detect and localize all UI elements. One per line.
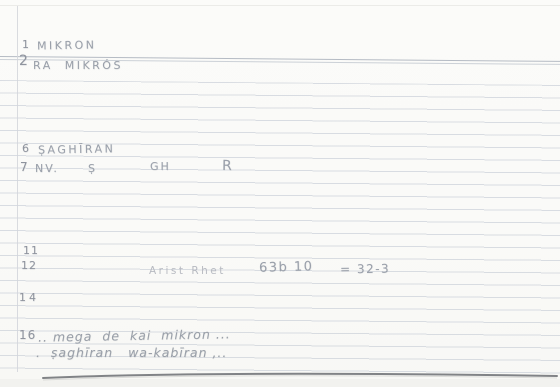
line-7-entry-sad: Ṣ bbox=[88, 163, 97, 174]
line-2-text: RA MIKRÓS bbox=[33, 60, 123, 71]
line-6-number: 6 bbox=[22, 143, 30, 154]
line-16-arabic-quote: . ṣaghīran wa-kabīran ,.. bbox=[36, 347, 227, 360]
line-12-bekker-reference: 63b 10 bbox=[259, 260, 314, 274]
line-7-number: 7 bbox=[20, 161, 29, 173]
line-16-number: 16 bbox=[19, 329, 36, 341]
line-2-number: 2 bbox=[19, 54, 29, 68]
card-top-edge bbox=[0, 5, 560, 6]
scan-background-strip bbox=[0, 379, 560, 387]
index-card-scan: 1 MIKRON 2 RA MIKRÓS 6 ṢAGHĪRAN 7 NV. Ṣ … bbox=[0, 0, 560, 387]
line-11-number: 11 bbox=[23, 245, 39, 256]
line-12-number: 12 bbox=[21, 260, 37, 271]
left-margin-line bbox=[17, 6, 18, 372]
line-1-number: 1 bbox=[22, 39, 30, 50]
line-1-text: MIKRON bbox=[37, 39, 97, 51]
line-16-greek-quote: .. mega de kai mikron ... bbox=[38, 328, 231, 344]
line-14-number: 14 bbox=[19, 292, 39, 303]
line-12-citation: Arist Rhet bbox=[149, 266, 226, 277]
line-7-entry-gh: GH bbox=[150, 161, 171, 172]
line-12-page-reference: = 32-3 bbox=[340, 263, 390, 276]
line-7-entry-r: R bbox=[222, 159, 234, 173]
line-6-text: ṢAGHĪRAN bbox=[38, 143, 115, 155]
line-7-entry-nv: NV. bbox=[35, 163, 59, 174]
